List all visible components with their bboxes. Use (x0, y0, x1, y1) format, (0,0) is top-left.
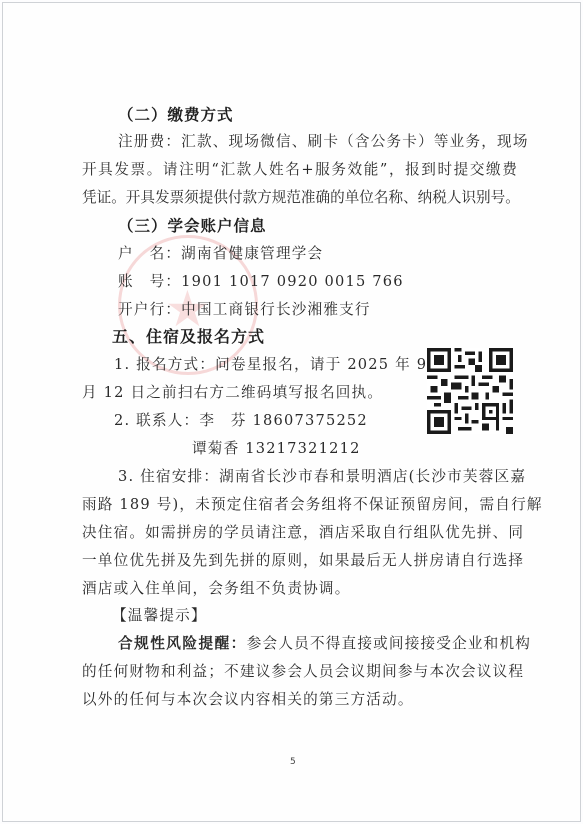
account-name: 户 名：湖南省健康管理学会 (118, 244, 323, 264)
contact-line: 2. 联系人：李 芬 18607375252 (114, 411, 368, 431)
registration-line: 月 12 日之前扫右方二维码填写报名回执。 (82, 383, 383, 403)
compliance-label: 合规性风险提醒： (118, 635, 247, 652)
payment-line: 凭证。开具发票须提供付款方规范准确的单位名称、纳税人识别号。 (82, 188, 520, 208)
lodging-line: 酒店或入住单间，会务组不负责协调。 (82, 579, 351, 599)
payment-line: 注册费：汇款、现场微信、刷卡（含公务卡）等业务，现场 (118, 132, 518, 152)
compliance-text: 参会人员不得直接或间接接受企业和机构 (247, 635, 531, 652)
registration-line: 1. 报名方式：问卷星报名，请于 2025 年 9 (114, 355, 414, 375)
tips-heading: 【温馨提示】 (112, 606, 207, 626)
lodging-line: 一单位优先拼及先到先拼的原则，如果最后无人拼房请自行选择 (82, 551, 518, 571)
lodging-line: 决住宿。如需拼房的学员请注意，酒店采取自行组队优先拼、同 (82, 523, 518, 543)
qr-code-icon (427, 348, 513, 434)
lodging-line: 3. 住宿安排：湖南省长沙市春和景明酒店(长沙市芙蓉区嘉 (118, 467, 518, 487)
registration-qr-code[interactable] (427, 348, 513, 434)
account-number: 账 号：1901 1017 0920 0015 766 (118, 272, 404, 292)
contact-line: 谭菊香 13217321212 (192, 439, 361, 459)
lodging-line: 雨路 189 号)，未预定住宿者会务组将不保证预留房间，需自行解 (82, 495, 518, 515)
lodging-registration-heading: 五、住宿及报名方式 (112, 327, 265, 347)
account-bank: 开户行：中国工商银行长沙湘雅支行 (118, 300, 371, 320)
compliance-line: 合规性风险提醒：参会人员不得直接或间接接受企业和机构 (118, 634, 518, 654)
payment-line: 开具发票。请注明“汇款人姓名+服务效能”，报到时提交缴费 (82, 160, 518, 180)
account-heading: （三）学会账户信息 (118, 216, 267, 236)
compliance-line: 以外的任何与本次会议内容相关的第三方活动。 (82, 690, 414, 710)
page-number: 5 (290, 757, 296, 767)
compliance-line: 的任何财物和利益；不建议参会人员会议期间参与本次会议议程 (82, 662, 518, 682)
payment-heading: （二）缴费方式 (118, 105, 234, 125)
